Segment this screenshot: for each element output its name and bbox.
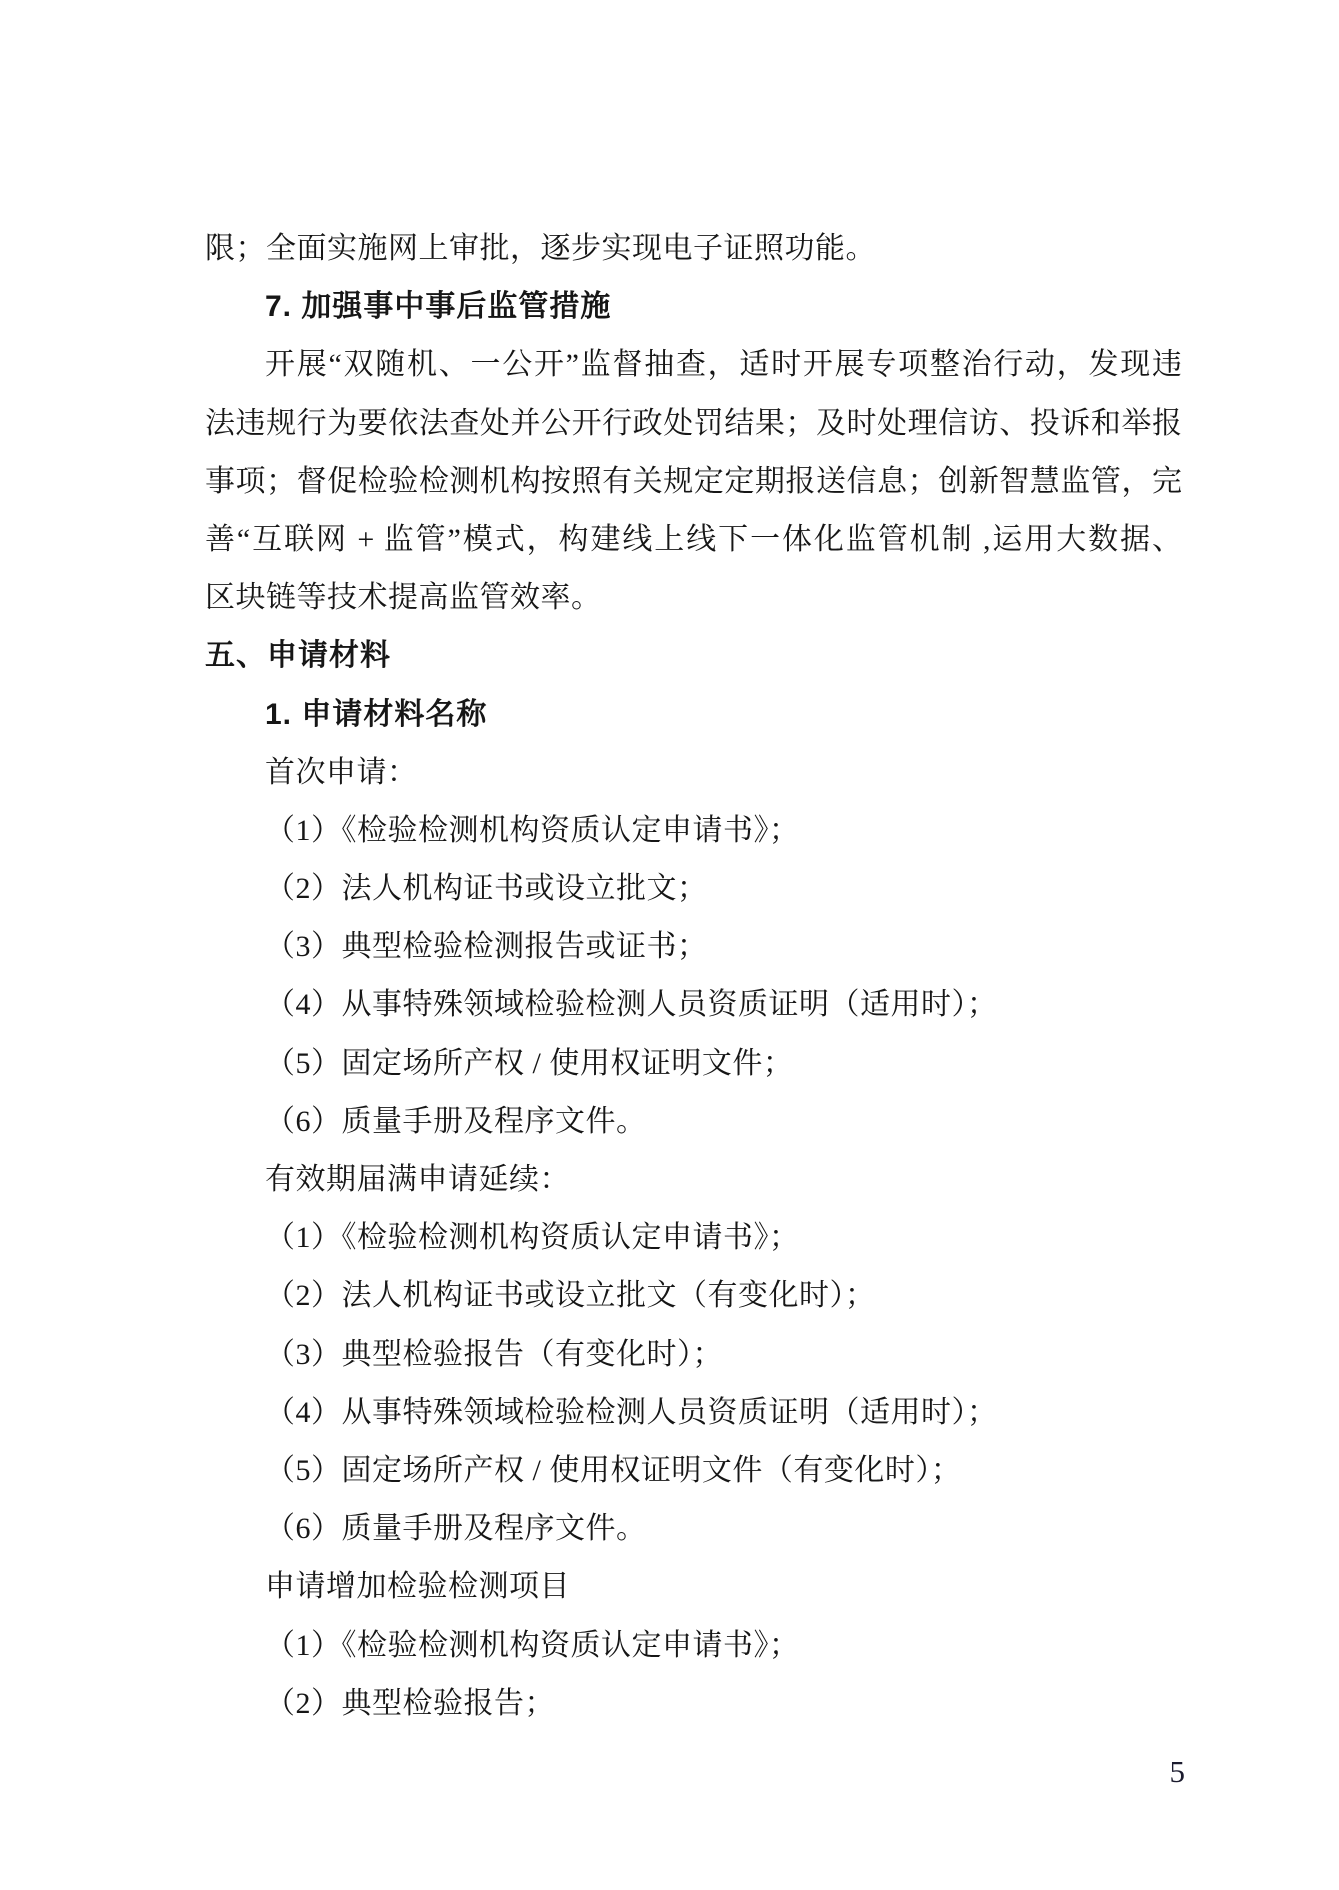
document-body: 限；全面实施网上审批，逐步实现电子证照功能。7. 加强事中事后监管措施开展“双随… — [205, 220, 1182, 1733]
text-line: 善“互联网 + 监管”模式，构建线上线下一体化监管机制 ,运用大数据、 — [205, 511, 1182, 569]
text-line: （2）法人机构证书或设立批文（有变化时）； — [205, 1267, 1182, 1325]
text-line: 五、申请材料 — [205, 627, 1182, 685]
text-line: 法违规行为要依法查处并公开行政处罚结果；及时处理信访、投诉和举报 — [205, 395, 1182, 453]
text-line: 开展“双随机、一公开”监督抽查，适时开展专项整治行动，发现违 — [205, 336, 1182, 394]
document-page: 限；全面实施网上审批，逐步实现电子证照功能。7. 加强事中事后监管措施开展“双随… — [0, 0, 1339, 1890]
text-line: 7. 加强事中事后监管措施 — [205, 278, 1182, 336]
text-line: 有效期届满申请延续： — [205, 1151, 1182, 1209]
text-line: 限；全面实施网上审批，逐步实现电子证照功能。 — [205, 220, 1182, 278]
text-line: （6）质量手册及程序文件。 — [205, 1500, 1182, 1558]
text-line: （5）固定场所产权 / 使用权证明文件； — [205, 1035, 1182, 1093]
text-line: 区块链等技术提高监管效率。 — [205, 569, 1182, 627]
text-line: （2）典型检验报告； — [205, 1675, 1182, 1733]
text-line: （1）《检验检测机构资质认定申请书》； — [205, 802, 1182, 860]
text-line: （2）法人机构证书或设立批文； — [205, 860, 1182, 918]
text-line: 首次申请： — [205, 744, 1182, 802]
page-number: 5 — [1170, 1752, 1186, 1792]
text-line: （4）从事特殊领域检验检测人员资质证明（适用时）； — [205, 976, 1182, 1034]
text-line: （1）《检验检测机构资质认定申请书》； — [205, 1617, 1182, 1675]
text-line: 事项；督促检验检测机构按照有关规定定期报送信息；创新智慧监管，完 — [205, 453, 1182, 511]
text-line: （4）从事特殊领域检验检测人员资质证明（适用时）； — [205, 1384, 1182, 1442]
text-line: （6）质量手册及程序文件。 — [205, 1093, 1182, 1151]
text-line: 1. 申请材料名称 — [205, 686, 1182, 744]
text-line: （1）《检验检测机构资质认定申请书》； — [205, 1209, 1182, 1267]
text-line: （3）典型检验检测报告或证书； — [205, 918, 1182, 976]
text-line: （5）固定场所产权 / 使用权证明文件（有变化时）； — [205, 1442, 1182, 1500]
text-line: 申请增加检验检测项目 — [205, 1558, 1182, 1616]
text-line: （3）典型检验报告（有变化时）； — [205, 1326, 1182, 1384]
